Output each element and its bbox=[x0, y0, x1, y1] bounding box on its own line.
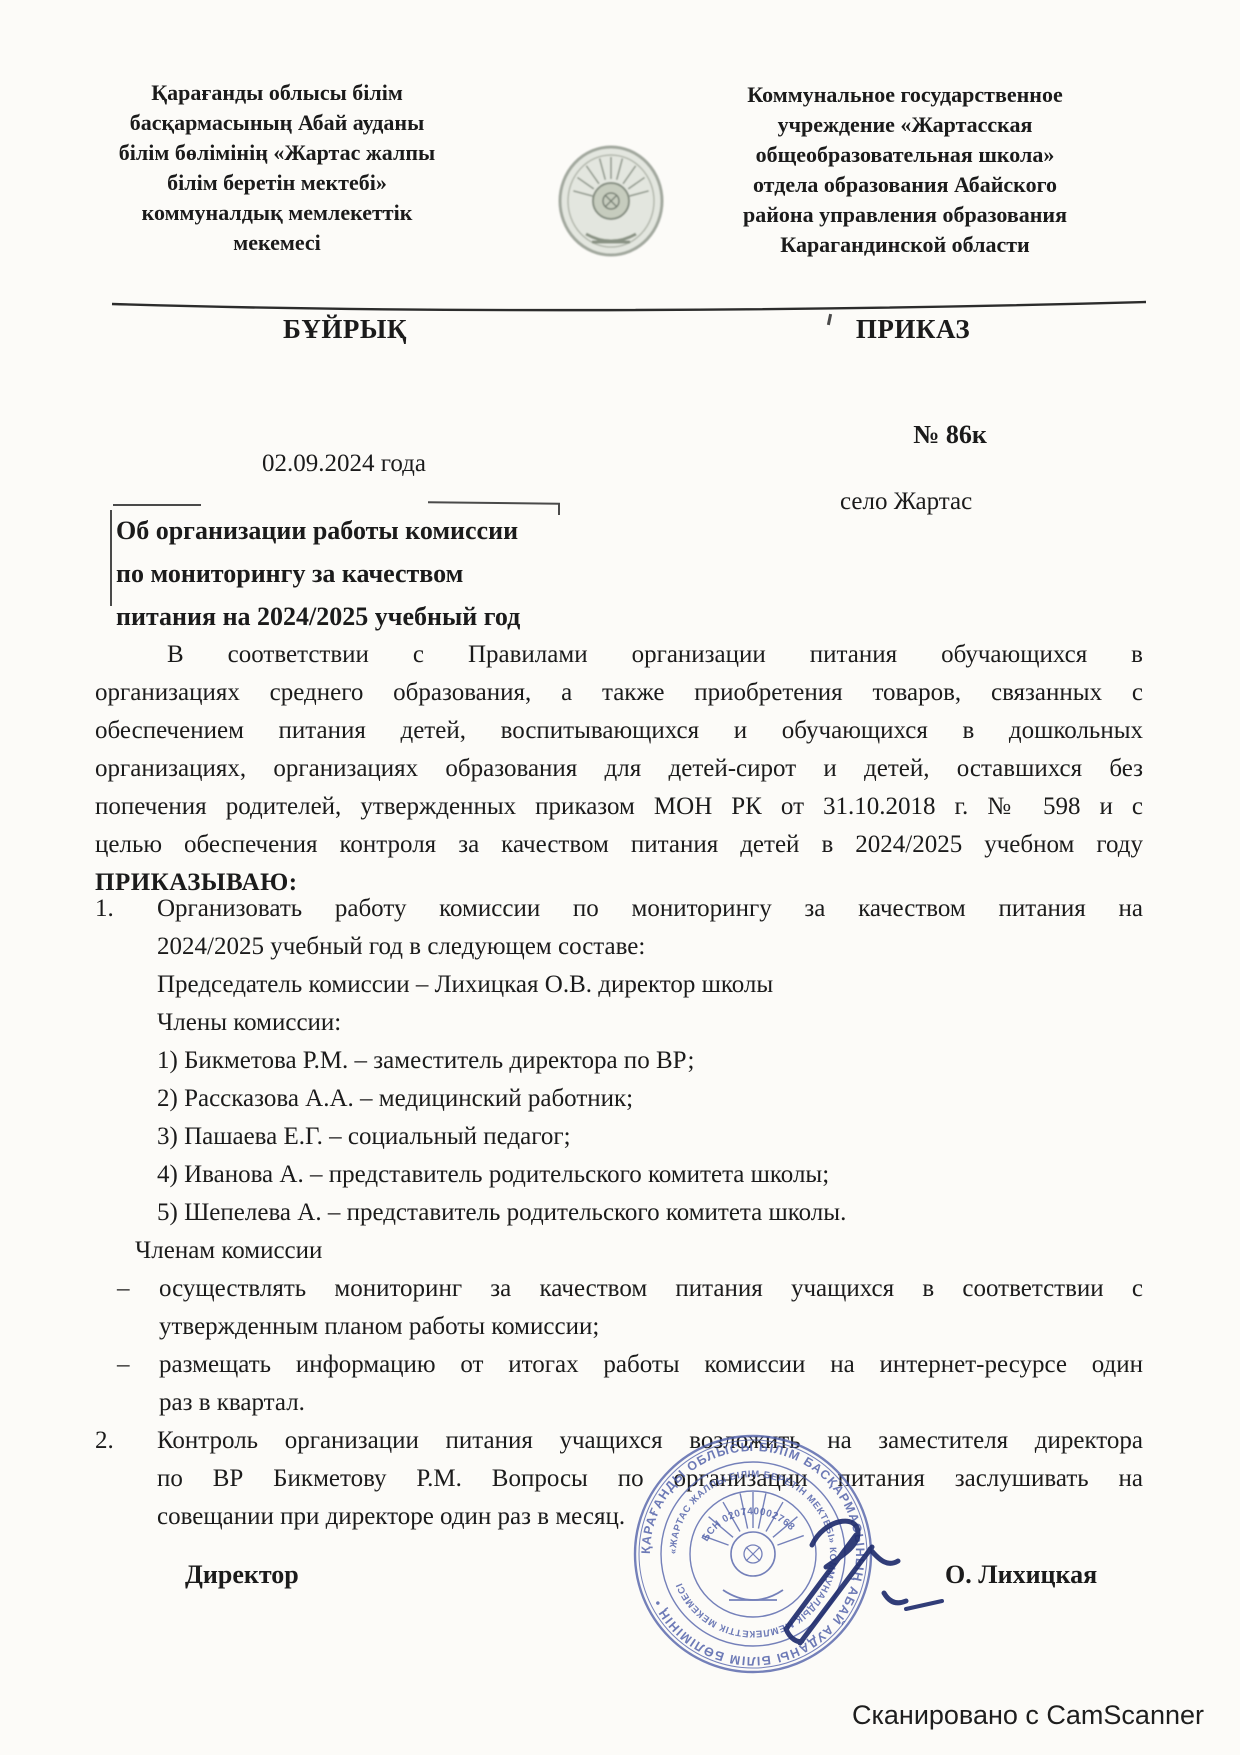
header-right-line: учреждение «Жартасская bbox=[685, 110, 1125, 140]
item-line: 2024/2025 учебный год в следующем состав… bbox=[157, 928, 1143, 966]
item-number: 1. bbox=[95, 890, 157, 966]
committee-member: 4) Иванова А. – представитель родительск… bbox=[157, 1156, 1143, 1194]
header-left-line: Қарағанды облысы білім bbox=[97, 78, 457, 108]
subject-line: по мониторингу за качеством bbox=[116, 552, 520, 595]
committee-tasks-label: Членам комиссии bbox=[135, 1232, 1143, 1270]
committee-member: 5) Шепелева А. – представитель родительс… bbox=[157, 1194, 1143, 1232]
header-left-kazakh: Қарағанды облысы білім басқармасының Аба… bbox=[97, 78, 457, 258]
subject-line: Об организации работы комиссии bbox=[116, 509, 520, 552]
committee-task-2: – размещать информацию от итогах работы … bbox=[95, 1346, 1143, 1422]
dash-marker: – bbox=[117, 1346, 159, 1422]
scan-vertical-line bbox=[110, 510, 112, 606]
order-date: 02.09.2024 года bbox=[262, 450, 426, 478]
order-item-2: 2. Контроль организации питания учащихся… bbox=[95, 1422, 1143, 1536]
header-left-line: білім бөлімінің «Жартас жалпы bbox=[97, 138, 457, 168]
committee-list: Председатель комиссии – Лихицкая О.В. ди… bbox=[157, 966, 1143, 1232]
header-left-line: мекемесі bbox=[97, 228, 457, 258]
coat-of-arms-icon bbox=[556, 142, 666, 260]
committee-chair: Председатель комиссии – Лихицкая О.В. ди… bbox=[157, 966, 1143, 1004]
scan-overline-left bbox=[113, 504, 201, 506]
order-item-1: 1. Организовать работу комиссии по монит… bbox=[95, 890, 1143, 966]
committee-member: 1) Бикметова Р.М. – заместитель директор… bbox=[157, 1042, 1143, 1080]
task-line: размещать информацию от итогах работы ко… bbox=[159, 1346, 1143, 1384]
task-text: осуществлять мониторинг за качеством пит… bbox=[159, 1270, 1143, 1346]
preamble-line: В соответствии с Правилами организации п… bbox=[167, 636, 1143, 674]
preamble-line: целью обеспечения контроля за качеством … bbox=[95, 826, 1143, 864]
item-text: Организовать работу комиссии по монитори… bbox=[157, 890, 1143, 966]
committee-members-label: Члены комиссии: bbox=[157, 1004, 1143, 1042]
preamble-line: организациях среднего образования, а так… bbox=[95, 674, 1143, 712]
task-text: размещать информацию от итогах работы ко… bbox=[159, 1346, 1143, 1422]
header-left-line: басқармасының Абай ауданы bbox=[97, 108, 457, 138]
header-right-line: Карагандинской области bbox=[685, 230, 1125, 260]
scan-overline-right bbox=[428, 501, 560, 504]
header-right-line: района управления образования bbox=[685, 200, 1125, 230]
signature-role: Директор bbox=[185, 1560, 299, 1590]
header-left-line: коммуналдық мемлекеттік bbox=[97, 198, 457, 228]
header-right-line: общеобразовательная школа» bbox=[685, 140, 1125, 170]
header-divider-rule bbox=[110, 298, 1150, 314]
header-left-line: білім беретін мектебі» bbox=[97, 168, 457, 198]
dash-marker: – bbox=[117, 1270, 159, 1346]
scanned-order-document: Қарағанды облысы білім басқармасының Аба… bbox=[0, 0, 1240, 1755]
preamble-line: организациях, организациях образования д… bbox=[95, 750, 1143, 788]
preamble-line: обеспечением питания детей, воспитывающи… bbox=[95, 712, 1143, 750]
task-line: осуществлять мониторинг за качеством пит… bbox=[159, 1270, 1143, 1308]
order-place: село Жартас bbox=[840, 488, 972, 516]
item-number: 2. bbox=[95, 1422, 157, 1536]
committee-member: 2) Рассказова А.А. – медицинский работни… bbox=[157, 1080, 1143, 1118]
director-signature bbox=[742, 1505, 962, 1655]
order-title-kazakh: БҰЙРЫҚ bbox=[245, 314, 445, 345]
order-items: 1. Организовать работу комиссии по монит… bbox=[95, 890, 1143, 1536]
header-right-russian: Коммунальное государственное учреждение … bbox=[685, 80, 1125, 260]
task-line: утвержденным планом работы комиссии; bbox=[159, 1308, 1143, 1346]
order-subject: Об организации работы комиссии по монито… bbox=[116, 509, 520, 638]
order-number: № 86к bbox=[870, 420, 1030, 450]
header-right-line: отдела образования Абайского bbox=[685, 170, 1125, 200]
task-line: раз в квартал. bbox=[159, 1384, 1143, 1422]
committee-task-1: – осуществлять мониторинг за качеством п… bbox=[95, 1270, 1143, 1346]
scanner-credit: Сканировано с CamScanner bbox=[852, 1700, 1204, 1731]
item-line: Организовать работу комиссии по монитори… bbox=[157, 890, 1143, 928]
preamble-line: попечения родителей, утвержденных приказ… bbox=[95, 788, 1143, 826]
order-title-russian: ПРИКАЗ bbox=[813, 314, 1013, 345]
signature-name: О. Лихицкая bbox=[945, 1560, 1097, 1590]
order-preamble: В соответствии с Правилами организации п… bbox=[95, 636, 1143, 902]
subject-line: питания на 2024/2025 учебный год bbox=[116, 595, 520, 638]
scan-tick bbox=[558, 503, 560, 515]
header-right-line: Коммунальное государственное bbox=[685, 80, 1125, 110]
committee-member: 3) Пашаева Е.Г. – социальный педагог; bbox=[157, 1118, 1143, 1156]
